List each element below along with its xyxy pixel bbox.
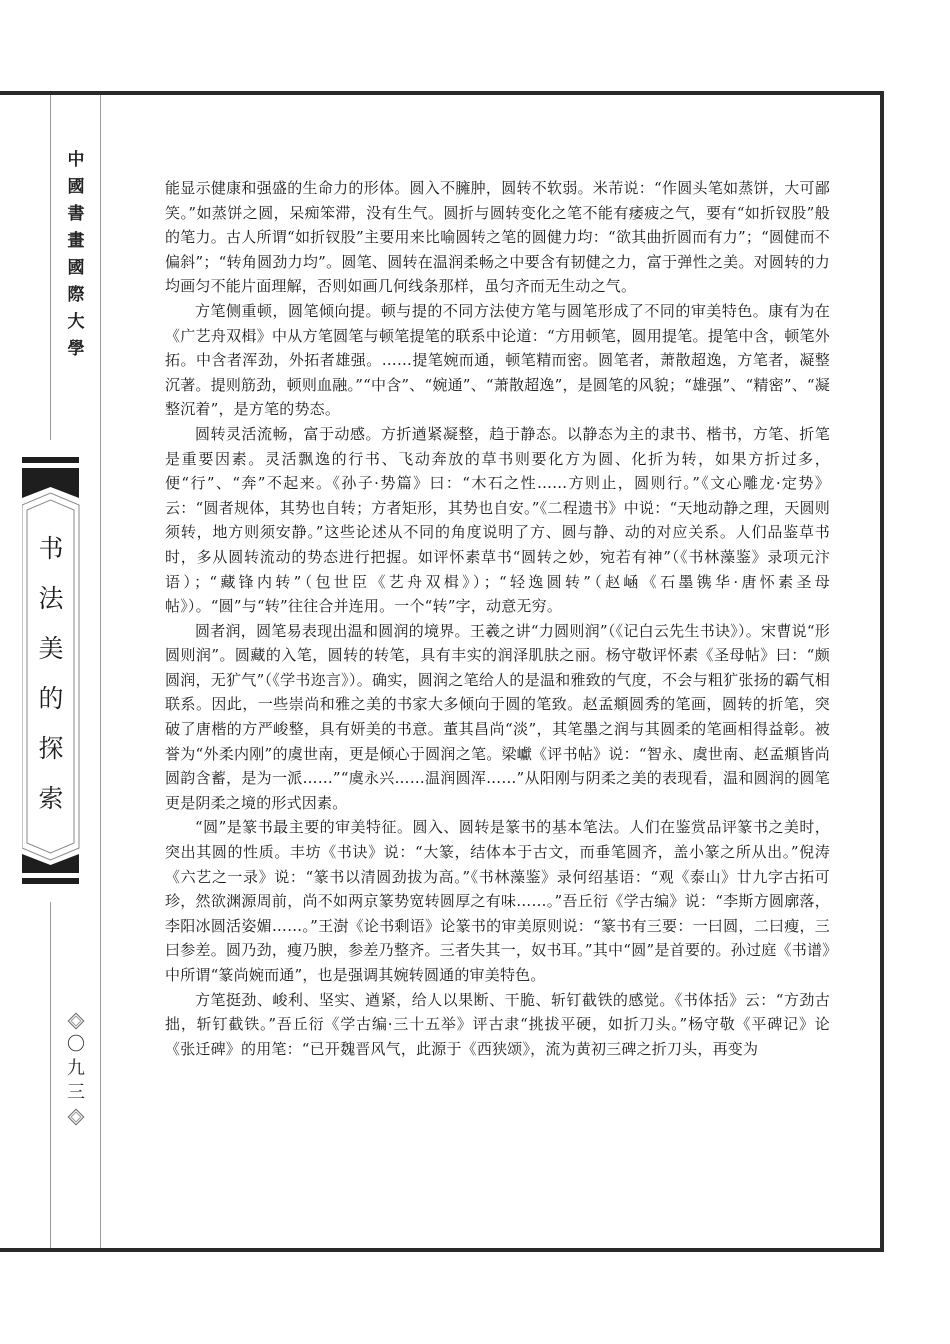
book-title-char: 法 [38, 585, 63, 613]
university-char: 國 [68, 177, 85, 197]
diamond-ornament-icon [68, 1109, 85, 1126]
paragraph: 方笔挺劲、峻利、坚实、遒紧，给人以果断、干脆、斩钉截铁的感觉。《书体括》云：“方… [165, 988, 830, 1062]
paragraph: 圆者润，圆笔易表现出温和圆润的境界。王羲之讲“力圆则润”（《记白云先生书诀》）。… [165, 619, 830, 816]
book-title-char: 美 [38, 635, 63, 663]
frame-bottom-border [0, 1248, 884, 1252]
body-text: 能显示健康和强盛的生命力的形体。圆入不臃肿，圆转不软弱。米芾说：“作圆头笔如蒸饼… [165, 176, 830, 1061]
diamond-ornament-icon [68, 1013, 85, 1030]
book-title-char: 书 [38, 535, 63, 563]
margin-rule-outer-top [50, 95, 51, 440]
university-char: 國 [68, 258, 85, 278]
book-title-vertical: 书 法 美 的 探 索 [22, 535, 80, 813]
paragraph: 能显示健康和强盛的生命力的形体。圆入不臃肿，圆转不软弱。米芾说：“作圆头笔如蒸饼… [165, 176, 830, 299]
university-char: 際 [68, 285, 85, 305]
university-char: 書 [68, 204, 85, 224]
university-char: 大 [68, 312, 85, 332]
page-number-char: 九 [67, 1058, 85, 1080]
university-name-vertical: 中 國 書 畫 國 際 大 學 [63, 150, 89, 359]
margin-rule-inner [100, 95, 101, 1248]
university-char: 畫 [68, 231, 85, 251]
book-title-char: 探 [38, 735, 63, 763]
paragraph: “圆”是篆书最主要的审美特征。圆入、圆转是篆书的基本笔法。人们在鉴赏品评篆书之美… [165, 815, 830, 987]
frame-top-border [0, 91, 884, 95]
page-number-vertical: 〇 九 三 [62, 1010, 90, 1128]
paragraph: 圆转灵活流畅，富于动感。方折遒紧凝整，趋于静态。以静态为主的隶书、楷书，方笔、折… [165, 422, 830, 619]
university-char: 學 [68, 339, 85, 359]
book-title-char: 索 [38, 785, 63, 813]
paragraph: 方笔侧重顿，圆笔倾向提。顿与提的不同方法使方笔与圆笔形成了不同的审美特色。康有为… [165, 299, 830, 422]
book-title-char: 的 [38, 685, 63, 713]
university-char: 中 [68, 150, 85, 170]
margin-rule-outer-bottom [50, 902, 51, 1248]
page-number-char: 三 [67, 1082, 85, 1104]
frame-right-border [880, 91, 884, 1252]
page-number-char: 〇 [67, 1034, 85, 1056]
